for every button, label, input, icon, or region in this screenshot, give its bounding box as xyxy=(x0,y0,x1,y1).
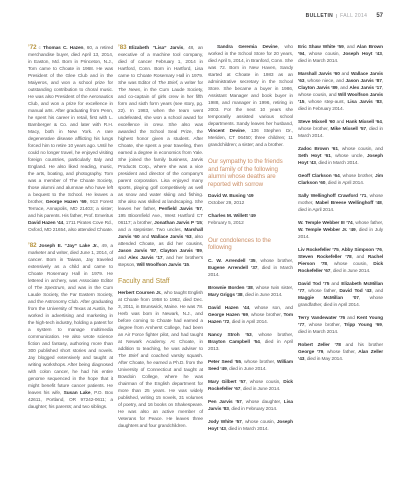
text-segment: , whose father, xyxy=(304,289,339,294)
text-segment: , whose twin sister, xyxy=(253,286,293,291)
text-segment: George Hazen ’69 xyxy=(46,200,87,205)
obituary-entry: ’72 c Thomas C. Hazen, 60, a retired mer… xyxy=(28,44,113,234)
condolence-entry: Nancy Stroh ’53, whose brother, Brayton … xyxy=(208,332,293,353)
text-segment: , whose cousin, xyxy=(242,420,277,425)
text-segment: , xyxy=(382,248,383,253)
text-segment: , whose brother, xyxy=(256,259,294,264)
text-segment: Geoff Clarkson ’64 xyxy=(298,174,340,179)
text-segment: Thomas C. Hazen xyxy=(43,46,83,51)
text-segment: , died in April 2014. xyxy=(229,320,268,325)
deceased-name: Charles M. Willett ’49 xyxy=(208,214,293,221)
text-segment: , whose brother, xyxy=(252,333,293,338)
condolence-entry: Geoff Clarkson ’64, whose brother, Jim C… xyxy=(298,173,383,187)
text-segment: Jason Jarvis ’87 xyxy=(118,249,156,254)
text-segment: The Brief xyxy=(118,354,138,359)
text-segment: , whose cousin, xyxy=(327,262,373,267)
text-segment: Hank Mixsell ’64 xyxy=(346,120,382,125)
text-segment: , a writer for xyxy=(177,81,203,86)
sympathy-note: Our condolences to the following xyxy=(208,237,293,252)
text-segment: , whose uncle, xyxy=(331,154,367,159)
text-segment: , and was in the Cum Laude Society, the … xyxy=(28,286,113,396)
text-segment: Susan Lake xyxy=(64,391,91,396)
text-segment: W. Temple Webber III ’74 xyxy=(298,221,353,226)
text-segment: , whose cousin, xyxy=(246,380,284,385)
condolence-entry: W. Temple Webber III ’74, whose father, … xyxy=(298,220,383,241)
condolence-entry: Pen Jarvis ’57, whose daughter, Lisa Jar… xyxy=(208,399,293,413)
column-4: Eric Shaw White ’59, and Alan Brown ’94,… xyxy=(298,44,383,439)
death-date: October 29, 2012 xyxy=(208,201,293,208)
text-segment: Peter Seed ’55 xyxy=(208,360,241,365)
text-segment: , 48, an executive of a machine tool com… xyxy=(118,46,203,86)
condolence-entry: Peter Seed ’55, whose brother, William S… xyxy=(208,359,293,373)
text-segment: , whose son, and xyxy=(249,306,293,311)
section-heading: Faculty and Staff xyxy=(118,278,203,285)
text-segment: , xyxy=(382,79,383,84)
text-segment: , whose step-aunt, xyxy=(304,100,347,105)
condolence-entry: Jody White ’57, whose cousin, Joseph Hoy… xyxy=(208,419,293,433)
text-segment: , and xyxy=(372,289,384,294)
text-segment: Herbert Coursen Jr. xyxy=(118,291,161,296)
text-segment: The News xyxy=(118,88,140,93)
condolence-entry: Zadoc Brown ’61, whose cousin, and Seth … xyxy=(298,146,383,167)
memorial-listing: Charles M. Willett ’49February 5, 2012 xyxy=(208,214,293,228)
text-segment: , died in March 2014. xyxy=(226,427,269,432)
page-number: 57 xyxy=(376,13,383,19)
text-segment: , whose cousin, xyxy=(304,52,342,57)
text-segment: Liv Rockefeller ’75 xyxy=(298,248,339,253)
text-segment: , whose brother, xyxy=(340,174,375,179)
text-segment: Abby Simpson ’76 xyxy=(341,248,381,253)
text-segment: David Tod ’43 xyxy=(339,289,371,294)
text-segment: Elizabeth “Lisa” Jarvis xyxy=(129,46,183,51)
text-segment: , whose niece, and xyxy=(304,79,345,84)
text-segment: , died in June 2014. xyxy=(227,367,267,372)
text-segment: , who taught English at Choate from 1958… xyxy=(118,291,203,352)
text-segment: David Tod ’75 xyxy=(298,282,329,287)
text-segment: George ’79 xyxy=(298,350,323,355)
text-segment: David Hazen ’44 xyxy=(28,221,63,226)
condolence-entry: Mary Gilbert ’57, whose cousin, Dick Roc… xyxy=(208,379,293,393)
text-segment: . xyxy=(189,263,190,268)
text-segment: Wallace Jarvis ’63 xyxy=(151,235,191,240)
text-segment: Penfield Jarvis ’57 xyxy=(159,207,202,212)
column-1: ’72 c Thomas C. Hazen, 60, a retired mer… xyxy=(28,44,113,439)
text-segment: Robert Zeller ’78 xyxy=(298,343,341,348)
text-segment: Clayton Jarvis ’89 xyxy=(160,249,202,254)
condolence-entry: David Tod ’75 and Elizabeth McMillan ’77… xyxy=(298,281,383,309)
text-segment: Seth Hoyt ’61 xyxy=(298,154,331,159)
condolence-entry: David Hazen ’44, whose son, and George H… xyxy=(208,305,293,326)
text-segment: and xyxy=(140,235,152,240)
text-segment: W. Temple Webber Jr. ’49 xyxy=(298,228,356,233)
text-segment: , died in April 2014. xyxy=(325,181,364,186)
text-segment: Zadoc Brown ’61 xyxy=(298,147,338,152)
obituary-entry: Herbert Coursen Jr., who taught English … xyxy=(118,290,203,430)
text-segment: Lisa Jarvis ’83 xyxy=(347,100,381,105)
text-segment: and xyxy=(335,120,346,125)
text-segment: Alex Jarvis ’17 xyxy=(128,256,162,261)
text-segment: Jason Jarvis ’87 xyxy=(345,79,381,84)
text-segment: Nancy Stroh ’53 xyxy=(208,333,252,338)
text-segment: Tripp Young ’69 xyxy=(344,323,382,328)
text-segment: Clayton Jarvis ’89 xyxy=(298,86,338,91)
text-segment: Will Woolfson Jarvis ’15 xyxy=(137,263,189,268)
page-header: BULLETIN FALL 2014 57 xyxy=(306,13,383,19)
condolence-entry: Marshall Jarvis ’60 and Wallace Jarvis ’… xyxy=(298,71,383,113)
bulletin-page: BULLETIN FALL 2014 57 ’72 c Thomas C. Ha… xyxy=(0,0,393,480)
text-segment: Steven Rockefeller ’78 xyxy=(298,255,352,260)
text-segment: Jonathan Jarvis P ’15 xyxy=(154,221,202,226)
text-segment: , whose brother, xyxy=(304,323,344,328)
text-segment: Mary Gilbert ’57 xyxy=(208,380,246,385)
sympathy-note: Our sympathy to the friends and family o… xyxy=(208,158,293,188)
text-segment: , whose brother, xyxy=(241,360,277,365)
class-year-label: ’82 xyxy=(28,242,37,249)
memoriam-columns: ’72 c Thomas C. Hazen, 60, a retired mer… xyxy=(28,44,383,439)
text-segment: Mary Griggs ’38 xyxy=(208,293,243,298)
text-segment: Eugene Arrendell ’37 xyxy=(208,266,257,271)
text-segment: , whose daughter, xyxy=(242,400,284,405)
obituary-entry: ’83 Elizabeth “Lisa” Jarvis, 48, an exec… xyxy=(118,44,203,269)
text-segment: Sally Wellinghoff Crawford ’71 xyxy=(298,194,366,199)
condolence-entry: C. W. Arrendell ’35, whose brother, Euge… xyxy=(208,258,293,279)
text-segment: Vincent Devine xyxy=(208,129,245,134)
text-segment: The Brief xyxy=(158,81,177,86)
text-segment: Sandra Geremia Devine xyxy=(217,45,278,50)
text-segment: , died in February 2014. xyxy=(229,407,277,412)
text-segment: , died in June 2014. xyxy=(240,387,280,392)
text-segment: and coached varsity squash. After Choate… xyxy=(118,354,203,429)
condolence-entry: Steve Mixsell ’60 and Hank Mixsell ’64, … xyxy=(298,119,383,140)
text-segment: Joseph E. “Jay” Lake Jr. xyxy=(39,244,98,249)
condolence-entry: Liv Rockefeller ’75, Abby Simpson ’76, S… xyxy=(298,247,383,275)
condolence-entry: Robert Zeller ’78 and his brother George… xyxy=(298,342,383,363)
text-segment: Joseph Hoyt ’43 xyxy=(343,52,382,57)
text-segment: and xyxy=(345,316,357,321)
text-segment: Maggie McMillan ’07 xyxy=(298,296,359,301)
text-segment: Pen Jarvis ’57 xyxy=(208,400,242,405)
condolence-entry: Sally Wellinghoff Crawford ’71, whose mo… xyxy=(298,193,383,214)
class-year-label: ’72 xyxy=(28,44,37,51)
text-segment: Marshall Jarvis ’60 xyxy=(298,72,340,77)
text-segment: , in the Cum Laude Society, and co-capta… xyxy=(118,88,203,212)
text-segment: Alex Jarvis ’17 xyxy=(349,86,381,91)
text-segment: The Spectrum xyxy=(34,286,64,291)
text-segment: , who worked in the School Store for 20 … xyxy=(208,45,293,127)
text-segment: , died in June 2014. xyxy=(243,293,283,298)
text-segment: , died in March 2014. xyxy=(316,161,359,166)
text-segment: , 49, a marketer and writer, died June 1… xyxy=(28,244,113,291)
publication-name: BULLETIN xyxy=(306,13,334,19)
column-3: Sandra Geremia Devine, who worked in the… xyxy=(208,44,293,439)
text-segment: , and xyxy=(338,86,350,91)
text-segment: C. W. Arrendell ’35 xyxy=(208,259,256,264)
text-segment: George Hazen ’69 xyxy=(208,313,248,318)
text-segment: and his brother xyxy=(341,343,383,348)
text-segment: Brownie Borden ’38 xyxy=(208,286,253,291)
text-segment: , whose brother, xyxy=(248,313,284,318)
condolence-entry: Brownie Borden ’38, whose twin sister, M… xyxy=(208,285,293,299)
text-segment: Mike Mixsell ’57 xyxy=(330,127,366,132)
text-segment: , died in June 2014. xyxy=(330,269,370,274)
condolence-entry: Eric Shaw White ’59, and Alan Brown ’94,… xyxy=(298,44,383,65)
column-2: ’83 Elizabeth “Lisa” Jarvis, 48, an exec… xyxy=(118,44,203,439)
header-divider xyxy=(336,14,337,19)
text-segment: Jody White ’57 xyxy=(208,420,242,425)
text-segment: Brayton Campbell ’54 xyxy=(208,340,260,345)
text-segment: , and xyxy=(352,255,368,260)
text-segment: Steve Mixsell ’60 xyxy=(298,120,335,125)
condolence-entry: Terry Vandewater ’76 and Kent Young ’77,… xyxy=(298,315,383,336)
death-date: February 5, 2012 xyxy=(208,221,293,228)
text-segment: David Hazen ’44 xyxy=(208,306,249,311)
class-year-label: ’83 xyxy=(118,44,127,51)
obituary-entry: Sandra Geremia Devine, who worked in the… xyxy=(208,44,293,149)
obituary-entry: ’82 Joseph E. “Jay” Lake Jr., 49, a mark… xyxy=(28,242,113,411)
issue-label: FALL 2014 xyxy=(340,13,367,19)
text-segment: , died in May 2014. xyxy=(304,357,343,362)
text-segment: , 60, a retired merchandise buyer, died … xyxy=(28,46,113,205)
text-segment: , whose father, xyxy=(353,221,383,226)
text-segment: and xyxy=(340,72,351,77)
memorial-listing: David W. Busing ’49October 29, 2012 xyxy=(208,194,293,208)
text-segment: , whose cousin, and xyxy=(338,147,383,152)
text-segment: Mabel Breese Wellinghoff ’48 xyxy=(315,201,381,206)
text-segment: Eric Shaw White ’59 xyxy=(298,45,344,50)
text-segment: , and xyxy=(344,45,357,50)
text-segment: and xyxy=(329,282,341,287)
text-segment: , whose father, xyxy=(323,350,358,355)
text-segment: Terry Vandewater ’76 xyxy=(298,316,345,321)
class-year-suffix: c xyxy=(37,45,41,50)
